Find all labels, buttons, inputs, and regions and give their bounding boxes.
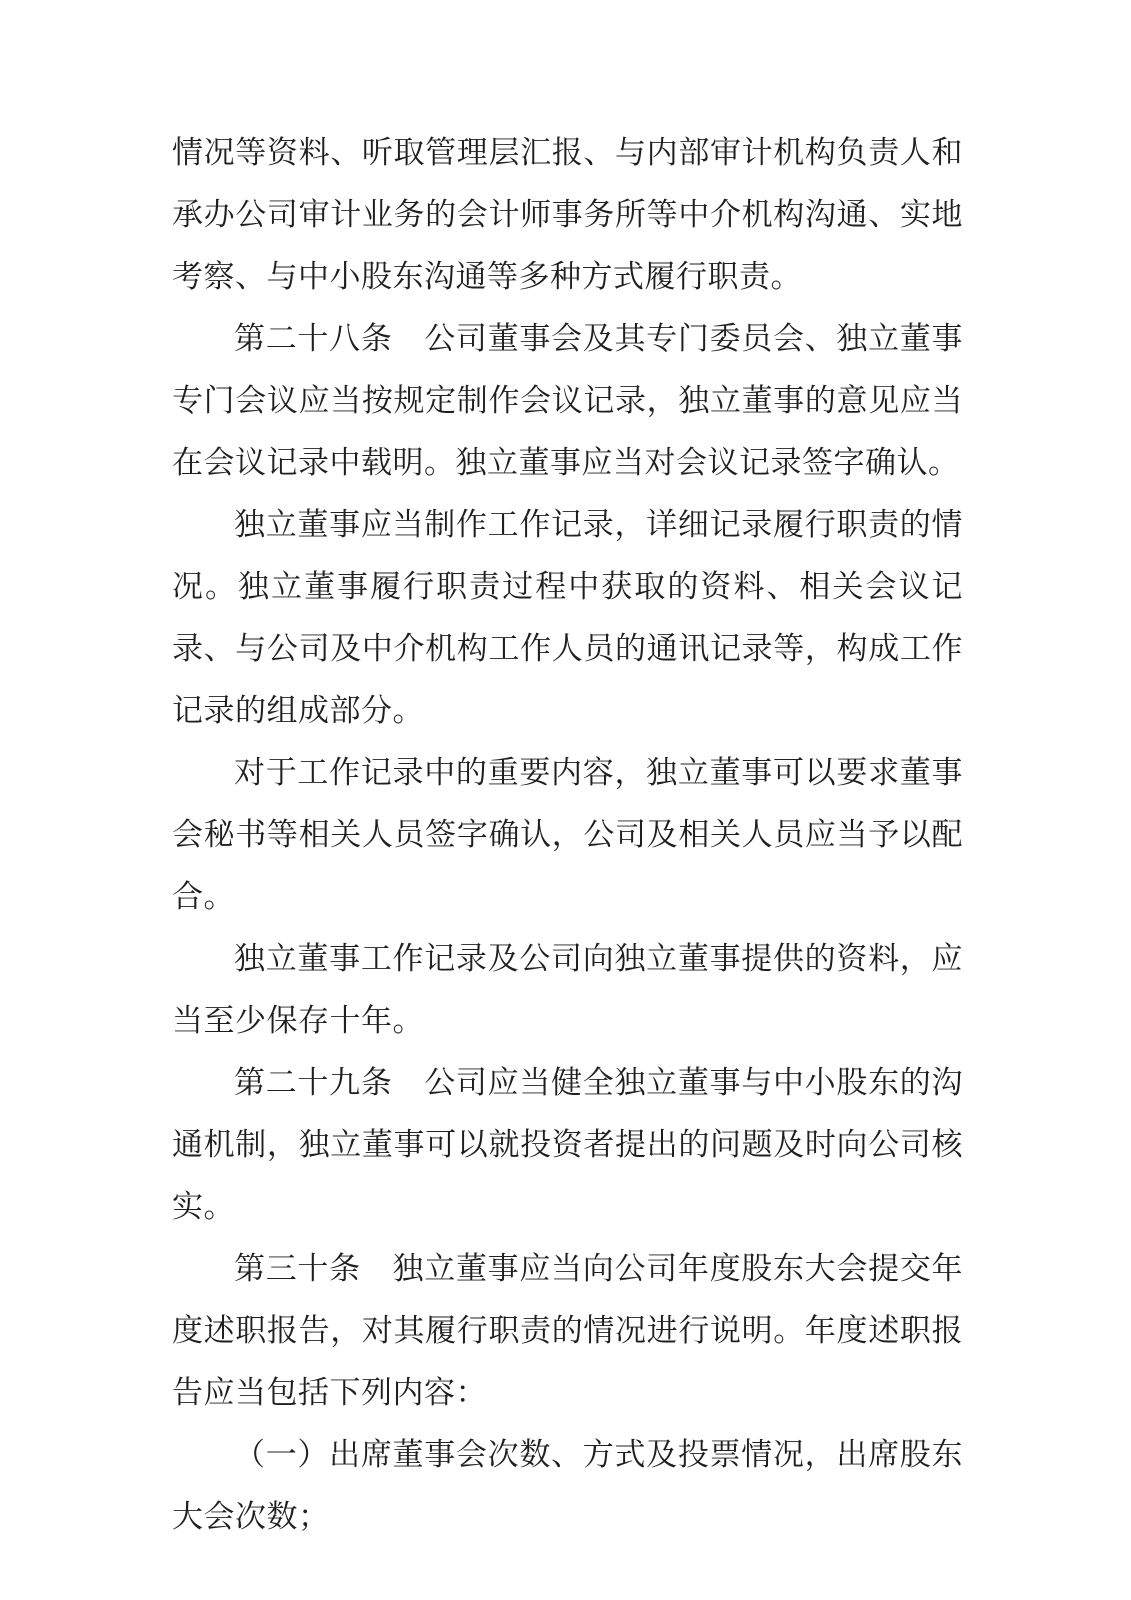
paragraph-article-28-para-4: 独立董事工作记录及公司向独立董事提供的资料，应当至少保存十年。: [172, 928, 963, 1052]
paragraph-article-28-para-3: 对于工作记录中的重要内容，独立董事可以要求董事会秘书等相关人员签字确认，公司及相…: [172, 742, 963, 928]
paragraph-continuation: 情况等资料、听取管理层汇报、与内部审计机构负责人和承办公司审计业务的会计师事务所…: [172, 122, 963, 308]
paragraph-article-29: 第二十九条 公司应当健全独立董事与中小股东的沟通机制，独立董事可以就投资者提出的…: [172, 1052, 963, 1238]
document-page: 情况等资料、听取管理层汇报、与内部审计机构负责人和承办公司审计业务的会计师事务所…: [0, 0, 1131, 1600]
paragraph-article-28: 第二十八条 公司董事会及其专门委员会、独立董事专门会议应当按规定制作会议记录，独…: [172, 308, 963, 494]
paragraph-article-28-para-2: 独立董事应当制作工作记录，详细记录履行职责的情况。独立董事履行职责过程中获取的资…: [172, 494, 963, 742]
paragraph-article-30: 第三十条 独立董事应当向公司年度股东大会提交年度述职报告，对其履行职责的情况进行…: [172, 1238, 963, 1424]
document-body: 情况等资料、听取管理层汇报、与内部审计机构负责人和承办公司审计业务的会计师事务所…: [172, 122, 963, 1548]
paragraph-article-30-item-1: （一）出席董事会次数、方式及投票情况，出席股东大会次数；: [172, 1424, 963, 1548]
